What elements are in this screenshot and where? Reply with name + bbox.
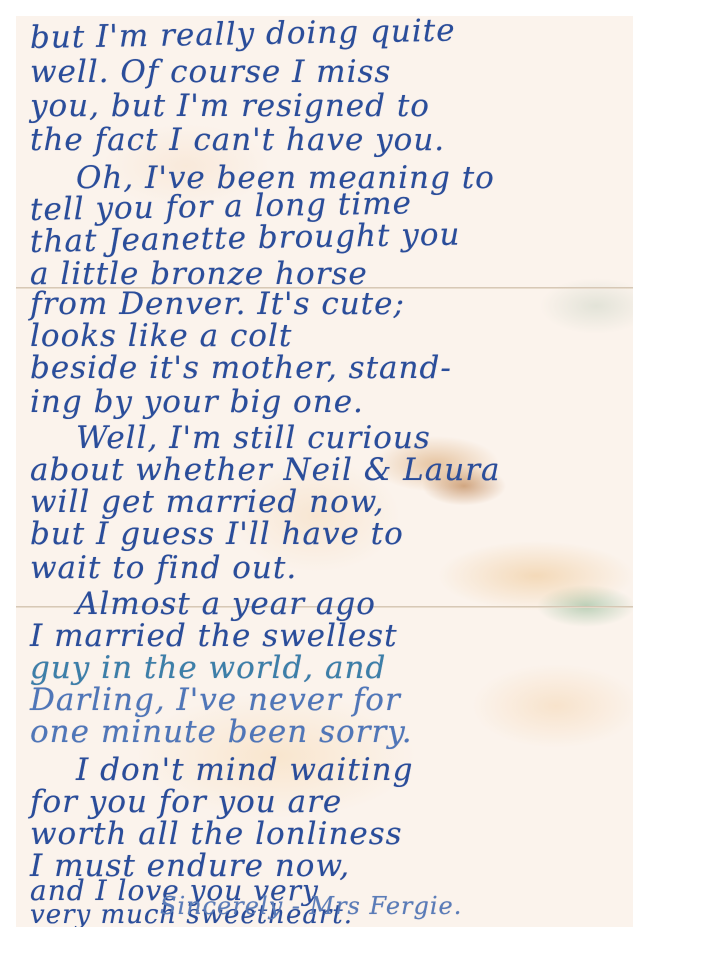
signature: Sincerely - Mrs Fergie. <box>160 892 462 920</box>
letter-line: the fact I can't have you. <box>30 122 445 158</box>
letter-line: Almost a year ago <box>76 586 376 622</box>
letter-line: I don't mind waiting <box>76 752 414 788</box>
letter-line: will get married now, <box>30 484 384 520</box>
letter-line: ing by your big one. <box>30 384 364 420</box>
letter-line: one minute been sorry. <box>30 714 413 750</box>
letter-line: that Jeanette brought you <box>30 216 461 260</box>
letter-page: but I'm really doing quite well. Of cour… <box>16 16 633 927</box>
letter-line: beside it's mother, stand- <box>30 350 452 386</box>
letter-line: but I guess I'll have to <box>30 516 404 552</box>
letter-line: Darling, I've never for <box>30 682 401 718</box>
letter-line: for you for you are <box>30 784 342 820</box>
letter-line: well. Of course I miss <box>30 54 391 90</box>
letter-line: about whether Neil & Laura <box>30 452 501 488</box>
letter-line: wait to find out. <box>30 550 297 586</box>
letter-line: worth all the lonliness <box>30 816 403 852</box>
letter-line: guy in the world, and <box>30 650 386 686</box>
letter-line: Well, I'm still curious <box>76 420 431 456</box>
letter-line: looks like a colt <box>30 318 292 354</box>
letter-line: but I'm really doing quite <box>30 16 456 56</box>
letter-line: I married the swellest <box>30 618 398 654</box>
letter-line: you, but I'm resigned to <box>30 88 430 124</box>
letter-line: from Denver. It's cute; <box>30 286 405 322</box>
